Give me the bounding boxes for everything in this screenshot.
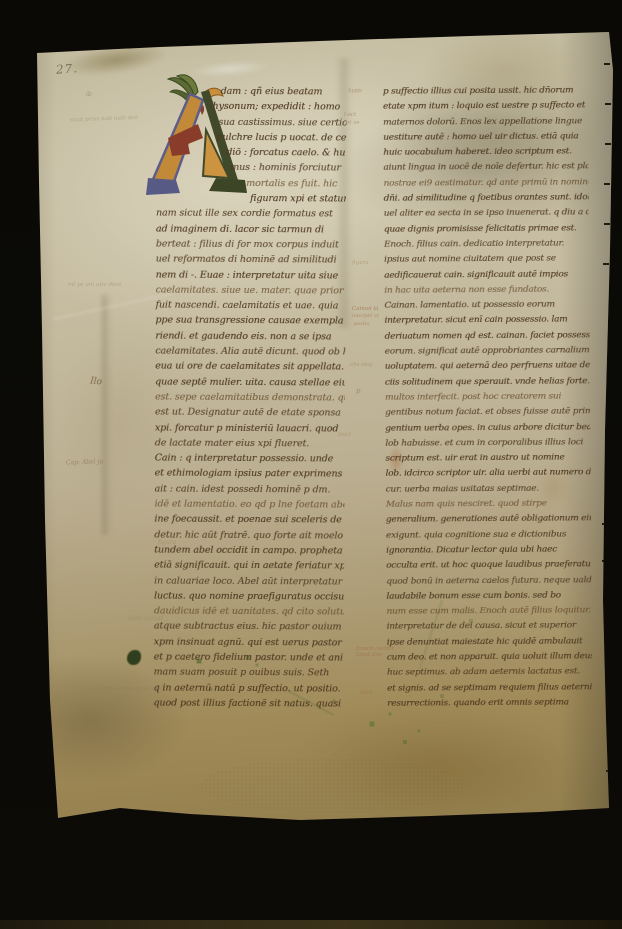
prick-mark	[604, 223, 610, 225]
manuscript-text-line: est ut. Designatur autē de etate sponsa	[155, 405, 345, 421]
manuscript-text-line: aedificauerat cain. significauit autē im…	[384, 267, 589, 283]
manuscript-text-line: mortalis es fuit. hic	[246, 176, 346, 191]
marginal-gloss: figura	[352, 260, 369, 266]
manuscript-text-line: luctus. quo nomine praefiguratus occisus	[154, 589, 344, 605]
manuscript-text-line: gentibus notum faciat. et obses fuisse a…	[385, 405, 590, 421]
prick-mark	[603, 263, 609, 265]
prick-mark	[606, 770, 612, 772]
manuscript-text-line: ipse denuntiat maiestate hic quidē ambul…	[387, 634, 592, 650]
column-right: p suffectio illius cui posita ussit. hic…	[383, 83, 592, 716]
manuscript-text-line: mus : hominis forciutur	[230, 161, 346, 176]
manuscript-text-line: cur. uerba maias usitatas septimae.	[386, 481, 591, 497]
prick-mark	[602, 560, 608, 562]
manuscript-text-line: lob habuisse. et cum in corporalibus ill…	[385, 435, 590, 451]
manuscript-text-line: cum deo. et non apparuit. quia uoluit il…	[387, 649, 592, 665]
marginal-gloss: Cap: Abel ju	[66, 459, 103, 467]
manuscript-text-line: num esse cum malis. Enoch autē filius lo…	[386, 604, 591, 620]
marginal-gloss: p	[356, 388, 360, 396]
manuscript-text-line: Enoch. filius cain. dedicatio interpreta…	[384, 236, 589, 252]
manuscript-text-line: ine foecaussit. et poenae sui sceleris d…	[154, 512, 344, 528]
manuscript-text-line: caelamitates. Alia autē dicunt. quod ob …	[155, 344, 345, 360]
manuscript-text-line: nem di -. Euae : interpretatur uita siue	[156, 267, 346, 283]
stain-green-specks	[0, 0, 2, 2]
manuscript-text-line: de lactate mater eius xpi flueret.	[155, 436, 345, 452]
manuscript-text-line: uel aliter ea secta in se ipso inuenerat…	[384, 206, 589, 222]
manuscript-text-line: berteat : filius di for mox corpus indui…	[156, 237, 346, 253]
manuscript-text-line: dñi. ad similitudine q foetibus orantes …	[384, 191, 589, 207]
manuscript-text-line: Malus nam quis nesciret. quod stirpe	[386, 497, 591, 513]
manuscript-text-line: ignorantia. Dicatur lector quia ubi haec	[386, 542, 591, 558]
marginal-gloss: int ps uni uita deos	[68, 282, 142, 288]
manuscript-text-line: ait : cain. idest possedi hominē p dm.	[154, 481, 344, 497]
manuscript-text-line: resurrectionis. quando erit omnis septim…	[387, 695, 592, 711]
manuscript-text-line: gentium uerba opes. in cuius arbore dici…	[385, 420, 590, 436]
manuscript-text-line: atque subtractus eius. hic pastor ouium	[154, 619, 344, 635]
manuscript-text-line: lob. idcirco scriptor uir. alia uerbi au…	[385, 466, 590, 482]
column-left: dam : qñ eius beatamhysonum; expedidit :…	[153, 84, 346, 717]
marginal-gloss: Seth	[360, 690, 373, 696]
prick-mark	[605, 143, 611, 145]
manuscript-text-line: p suffectio illius cui posita ussit. hic…	[383, 84, 588, 100]
manuscript-text-line: generalium. generationes autē obligation…	[386, 512, 591, 528]
manuscript-text-line: hysonum; expedidit : homo	[212, 99, 346, 115]
manuscript-text-line: ad imaginem di. lacor sic tarmun di	[156, 221, 346, 237]
manuscript-text-line: uel reformatos di hominē ad similitudi	[156, 252, 346, 268]
manuscript-text-line: eorum. significat autē opprobriantes car…	[385, 344, 590, 360]
manuscript-text-line: nam sicut ille sex cordie formatus est	[156, 206, 346, 222]
manuscript-text-line: aiunt lingua in uocē de noīe defertur. h…	[383, 160, 588, 176]
marginal-gloss: Ilo	[90, 377, 103, 388]
manuscript-text-line: interpretatur de dei causa. sicut et sup…	[387, 619, 592, 635]
prick-mark	[605, 103, 611, 105]
manuscript-text-line: multos interfecit. post hoc creatorem su…	[385, 389, 590, 405]
manuscript-text-line: xpi. forcatur p ministeriū lauacri. quod	[155, 420, 345, 436]
manuscript-text-line: etiā significauit. qui in aetate feriatu…	[154, 558, 344, 574]
manuscript-text-line: Cain : q interpretatur possessio. unde	[155, 451, 345, 467]
manuscript-text-line: Cainan. lamentatio. ut possessio eorum	[384, 298, 589, 314]
manuscript-text-line: ppe sua transgressione causae exempla mo	[155, 313, 345, 329]
manuscript-text-line: huc septimus. ab adam aeternis lactatus …	[387, 665, 592, 681]
marginal-gloss: chs eloy	[350, 362, 373, 368]
manuscript-text-line: tundem abel occidit in campo. propheta	[154, 543, 344, 559]
manuscript-text-line: fuit nascendi. caelamitatis et uae. quia	[155, 298, 345, 314]
manuscript-text-line: figuram xpi et staturae.	[250, 191, 346, 206]
manuscript-text-line: uoluptatem. qui aeternā deo perfruens ui…	[385, 359, 590, 375]
manuscript-text-line: maternos dolorū. Enos lex appellatione l…	[383, 114, 588, 130]
manuscript-text-line: uestiture autē : homo uel uir dictus. et…	[383, 129, 588, 145]
manuscript-text-line: et ethimologiam ipsius pater exprimens	[155, 466, 345, 482]
manuscript-text-line: sua castissimus. siue certior	[218, 115, 346, 131]
manuscript-text-line: quae dignis promisisse felicitatis prima…	[384, 221, 589, 237]
manuscript-text-line: riendi. et gaudendo eis. non a se ipsa	[155, 328, 345, 344]
manuscript-text-line: dauidicus idē et uanitates. qd cito solu…	[154, 604, 344, 620]
stain-green-blob	[127, 650, 141, 665]
manuscript-text-line: dam : qñ eius beatam	[221, 84, 347, 99]
manuscript-text-line: quod bonū in aeterna caelos futura. nequ…	[386, 573, 591, 589]
manuscript-text-line: xpm insinuat agnū. qui est uerus pastor	[154, 634, 344, 650]
manuscript-text-line: quae septē mulier. uita. causa stellae e…	[155, 374, 345, 390]
manuscript-text-line: pulchre lucis p uocat. de certissi	[216, 130, 346, 146]
crease-diagonal	[53, 293, 171, 321]
parchment-leaf: 27. dam : qñ eius beatamhysonum; expedid…	[0, 0, 622, 929]
manuscript-text-line: diō : forcatus caelo. & hu	[226, 145, 346, 160]
manuscript-text-line: laudabile bonum esse cum bonis. sed bo	[386, 588, 591, 604]
manuscript-text-line: deriuatum nomen qd est. cainan. faciet p…	[385, 328, 590, 344]
marginal-gloss: sicut prius nati iusti deō	[70, 115, 150, 124]
folio-number: 27.	[56, 61, 79, 77]
manuscript-text-line: scriptum est. uir erat in austro ut nomi…	[385, 451, 590, 467]
parchment-follicle-texture	[200, 758, 465, 813]
crease-left	[102, 295, 111, 535]
manuscript-text-line: exigunt. quia cognitione sua e dictionib…	[386, 527, 591, 543]
manuscript-text-line: interpretatur. sicut enī cain possessio.…	[384, 313, 589, 329]
manuscript-text-line: et signis. ad se septimam requiem filius…	[387, 680, 592, 696]
manuscript-photo: 27. dam : qñ eius beatamhysonum; expedid…	[0, 0, 622, 929]
manuscript-text-line: mam suam posuit p ouibus suis. Seth	[154, 665, 344, 681]
manuscript-text-line: et p caetero fidelium pastor. unde et an…	[154, 650, 344, 666]
manuscript-text-line: eua ui ore de caelamitates sit appellata…	[155, 359, 345, 375]
marginal-gloss: ib	[86, 92, 92, 99]
prick-mark	[604, 63, 610, 65]
manuscript-text-line: occulta erit. ut hoc quoque laudibus pra…	[386, 558, 591, 574]
manuscript-text-line: huic uocabulum haberet. ideo scriptum es…	[383, 145, 588, 161]
manuscript-text-line: est. sepe caelamitatibus demonstrata. qu…	[155, 390, 345, 406]
prick-mark	[602, 523, 608, 525]
manuscript-text-line: q in aeternū natū p suffectio. ut positi…	[153, 680, 343, 696]
slide-frame-bottom-edge	[0, 920, 622, 929]
manuscript-text-line: detur. hic aūt fratrē. quo forte ait moe…	[154, 527, 344, 543]
manuscript-text-line: caelamitates. siue ue. mater. quae prior	[156, 283, 346, 299]
manuscript-text-line: quod post illius factionē sit natus. qua…	[153, 696, 343, 712]
prick-mark	[604, 183, 610, 185]
manuscript-text-line: in caluariae loco. Abel aūt interpretatu…	[154, 573, 344, 589]
manuscript-text-line: nostrae ei9 aestimatur. qd ante primū in…	[383, 175, 588, 191]
manuscript-text-line: in hac uita aeterna non esse fundatos.	[384, 282, 589, 298]
manuscript-text-line: idē et lamentatio. eo qd p lne foetam ab…	[154, 497, 344, 513]
manuscript-text-line: ipsius aut nomine ciuitatem que post se	[384, 252, 589, 268]
manuscript-text-line: etate xpm itum : loquio est uestre p suf…	[383, 99, 588, 115]
marginal-gloss: postio	[354, 322, 369, 328]
manuscript-text-line: ciis solitudinem que sperauit. vnde heli…	[385, 374, 590, 390]
